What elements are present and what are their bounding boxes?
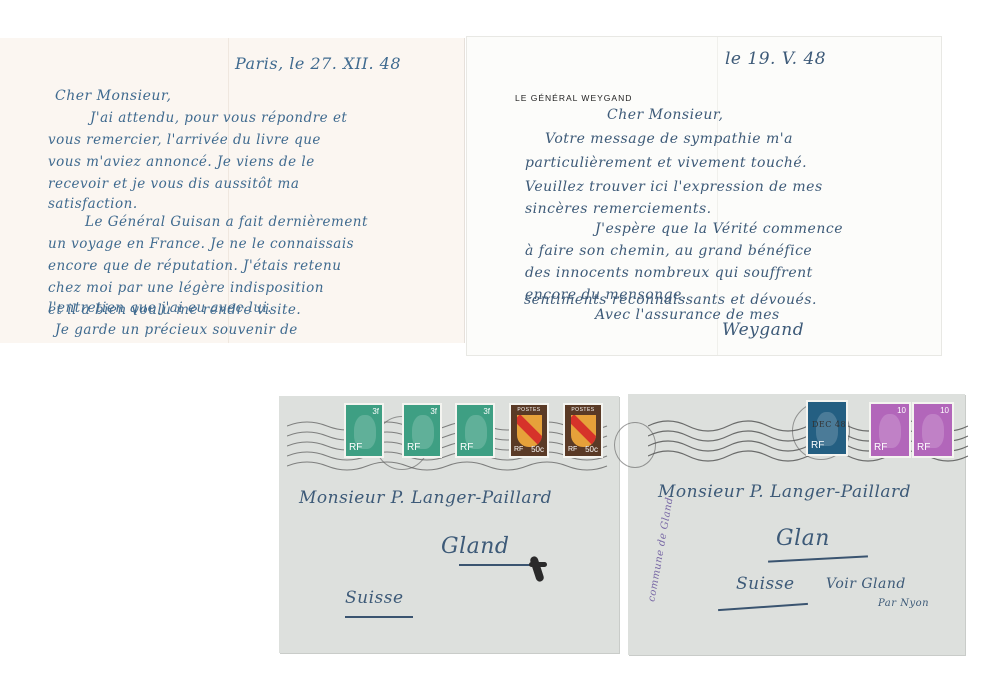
underline <box>768 555 868 562</box>
letter-salutation: Cher Monsieur, <box>607 107 724 123</box>
address-country: Suisse <box>345 588 404 608</box>
stamp-marianne-green: 3fRF <box>402 403 442 458</box>
letter-line: un voyage en France. Je ne le connaissai… <box>48 236 354 252</box>
letter-line: J'ai attendu, pour vous répondre et <box>90 110 347 126</box>
letter-line: vous remercier, l'arrivée du livre que <box>48 132 321 148</box>
underline <box>718 603 808 611</box>
postmark <box>614 422 656 468</box>
letter-line: chez moi par une légère indisposition <box>48 280 324 296</box>
stamp-coat-of-arms: POSTES50cRF <box>563 403 603 458</box>
letter-line: des innocents nombreux qui souffrent <box>525 265 813 281</box>
address-city: Glan <box>776 526 830 551</box>
ink-blot <box>529 555 545 582</box>
stamp-marianne-purple: 10RF <box>912 402 954 458</box>
envelope-gland: 3fRF 3fRF 3fRF POSTES50cRF POSTES50cRF M… <box>279 396 619 653</box>
letter-line: recevoir et je vous dis aussitôt ma <box>48 176 299 192</box>
stamp-marianne-green: 3fRF <box>455 403 495 458</box>
letter-line: Veuillez trouver ici l'expression de mes <box>525 179 823 195</box>
signature: Weygand <box>722 320 804 340</box>
letter-line: vous m'aviez annoncé. Je viens de le <box>48 154 315 170</box>
ink-blot <box>529 562 547 567</box>
margin-note: commune de Gland <box>646 496 675 602</box>
letter-line: à faire son chemin, au grand bénéfice <box>525 243 812 259</box>
letter-salutation: Cher Monsieur, <box>55 88 172 104</box>
stamp-marianne-purple: 10RF <box>869 402 911 458</box>
letter-line-last: l'entretien que j'ai eu avec lui. <box>48 300 272 316</box>
letter-line: sincères remerciements. <box>525 201 712 217</box>
letter-line: encore que de réputation. J'étais retenu <box>48 258 341 274</box>
address-note: Voir Gland <box>826 576 906 592</box>
letter-date: Paris, le 27. XII. 48 <box>235 54 401 73</box>
handwritten-letter-paris: Paris, le 27. XII. 48 Cher Monsieur, J'a… <box>0 38 465 343</box>
address-name: Monsieur P. Langer-Paillard <box>658 482 911 502</box>
address-country: Suisse <box>736 574 795 594</box>
postmark-date: DEC 48 <box>812 420 846 429</box>
letter-line: Je garde un précieux souvenir de <box>55 322 298 338</box>
address-via: Par Nyon <box>878 598 929 609</box>
letter-date: le 19. V. 48 <box>725 49 826 69</box>
handwritten-letter-weygand: le 19. V. 48 LE GÉNÉRAL WEYGAND Cher Mon… <box>466 36 942 356</box>
letterhead: LE GÉNÉRAL WEYGAND <box>515 93 632 103</box>
letter-line: particulièrement et vivement touché. <box>525 155 807 171</box>
letter-line: Le Général Guisan a fait dernièrement <box>85 214 368 230</box>
stamp-coat-of-arms: POSTES50cRF <box>509 403 549 458</box>
address-name: Monsieur P. Langer-Paillard <box>299 488 552 508</box>
letter-line: satisfaction. <box>48 196 138 212</box>
letter-line: J'espère que la Vérité commence <box>595 221 843 237</box>
letter-line: Votre message de sympathie m'a <box>545 131 793 147</box>
envelope-glan: RF DEC 48 10RF 10RF Monsieur P. Langer-P… <box>628 394 965 655</box>
address-city: Gland <box>441 534 509 559</box>
stamp-marianne-green: 3fRF <box>344 403 384 458</box>
underline <box>345 616 413 618</box>
letter-line: sentiments reconnaissants et dévoués. <box>524 292 817 308</box>
